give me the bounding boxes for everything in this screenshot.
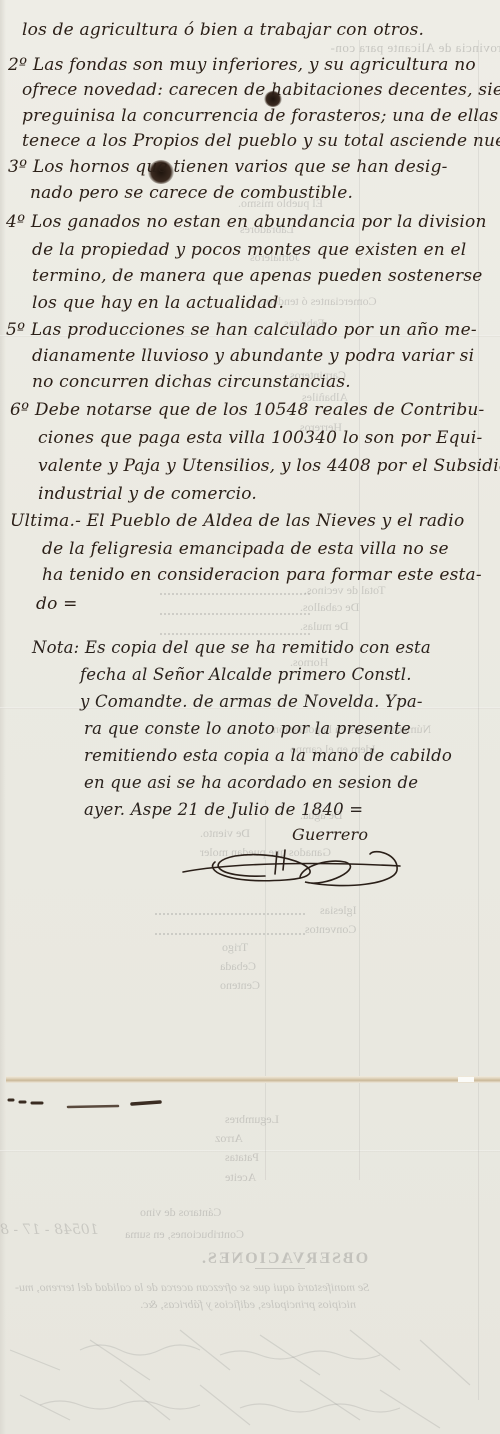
paper-fold xyxy=(6,1076,500,1083)
ghost-label: Trigo xyxy=(222,940,248,955)
ghost-label: Centeno xyxy=(220,978,260,993)
form-rule xyxy=(478,40,479,1400)
handwritten-line: termino, de manera que apenas pueden sos… xyxy=(32,266,483,286)
ghost-label: Conventos xyxy=(305,922,356,937)
ghost-dotted-leader xyxy=(160,632,310,635)
ghost-dotted-leader xyxy=(155,932,305,935)
ghost-label: Legumbres xyxy=(225,1112,279,1127)
signature-flourish xyxy=(175,840,415,900)
handwritten-line: dianamente lluvioso y abundante y podra … xyxy=(32,346,474,366)
handwritten-line: ciones que paga esta villa 100340 lo son… xyxy=(38,428,482,448)
note-line: Nota: Es copia del que se ha remitido co… xyxy=(32,638,431,657)
ghost-label: Total de vecinos. xyxy=(304,583,385,598)
ghost-dotted-leader xyxy=(160,612,310,615)
handwritten-line: de la feligresia emancipada de esta vill… xyxy=(42,539,449,559)
ghost-label: Cebada xyxy=(220,959,256,974)
handwritten-line: do = xyxy=(36,594,78,614)
note-line: ayer. Aspe 21 de Julio de 1840 = xyxy=(84,800,363,819)
handwritten-line: tenece a los Propios del pueblo y su tot… xyxy=(22,131,500,151)
paper-tear xyxy=(458,1077,474,1082)
ghost-label: Aceite xyxy=(225,1170,256,1185)
ghost-dotted-leader xyxy=(155,912,305,915)
ghost-dotted-leader xyxy=(160,592,310,595)
note-line: y Comandte. de armas de Novelda. Ypa- xyxy=(80,692,423,711)
ghost-observations-line: Se manifestará aqui que se ofrezcan acer… xyxy=(15,1280,369,1295)
handwritten-line: los que hay en la actualidad. xyxy=(32,293,284,313)
note-line: en que asi se ha acordado en sesion de xyxy=(84,773,418,792)
ghost-rule xyxy=(255,1268,305,1269)
handwritten-line: 4º Los ganados no estan en abundancia po… xyxy=(6,212,487,232)
ghost-label: Patatas xyxy=(225,1150,259,1165)
handwritten-line: 2º Las fondas son muy inferiores, y su a… xyxy=(8,55,476,75)
ghost-handwritten-value: 10548 - 17 - 8 xyxy=(0,1222,99,1238)
handwritten-line: preguinisa la concurrencia de forasteros… xyxy=(22,106,500,126)
handwritten-line: 3º Los hornos que tienen varios que se h… xyxy=(8,157,448,177)
handwritten-line: valente y Paja y Utensilios, y los 4408 … xyxy=(38,456,500,476)
note-line: fecha al Señor Alcalde primero Constl. xyxy=(80,665,412,684)
ghost-label: Contribuciones, en suma xyxy=(125,1227,244,1242)
handwritten-line: no concurren dichas circunstancias. xyxy=(32,372,351,392)
handwritten-line: ha tenido en consideracion para formar e… xyxy=(42,565,482,585)
ghost-header: Cuadro estadistico de la Provincia de Al… xyxy=(330,40,500,56)
handwritten-line: 5º Las producciones se han calculado por… xyxy=(6,320,477,340)
handwritten-line: industrial y de comercio. xyxy=(38,484,257,504)
ghost-handwriting-strokes xyxy=(0,1310,500,1434)
handwritten-line: los de agricultura ó bien a trabajar con… xyxy=(22,20,424,40)
ghost-label: De viento. xyxy=(200,826,250,841)
ghost-label: Arroz xyxy=(215,1131,243,1146)
ink-dash-marks xyxy=(0,1095,170,1115)
handwritten-line: 6º Debe notarse que de los 10548 reales … xyxy=(10,400,485,420)
ghost-label: Iglesias xyxy=(320,903,357,918)
handwritten-line: nado pero se carece de combustible. xyxy=(30,183,353,203)
handwritten-line: ofrece novedad: carecen de habitaciones … xyxy=(22,80,500,100)
handwritten-line: de la propiedad y pocos montes que exist… xyxy=(32,240,466,260)
handwritten-line: Ultima.- El Pueblo de Aldea de las Nieve… xyxy=(10,511,464,531)
manuscript-page: Cuadro estadistico de la Provincia de Al… xyxy=(0,0,500,1434)
ghost-section-title: OBSERVACIONES. xyxy=(200,1250,368,1268)
note-line: ra que conste lo anoto por la presente xyxy=(84,719,411,738)
ghost-label: Cántaros de vino xyxy=(140,1205,221,1220)
note-line: remitiendo esta copia a la mano de cabil… xyxy=(84,746,452,765)
